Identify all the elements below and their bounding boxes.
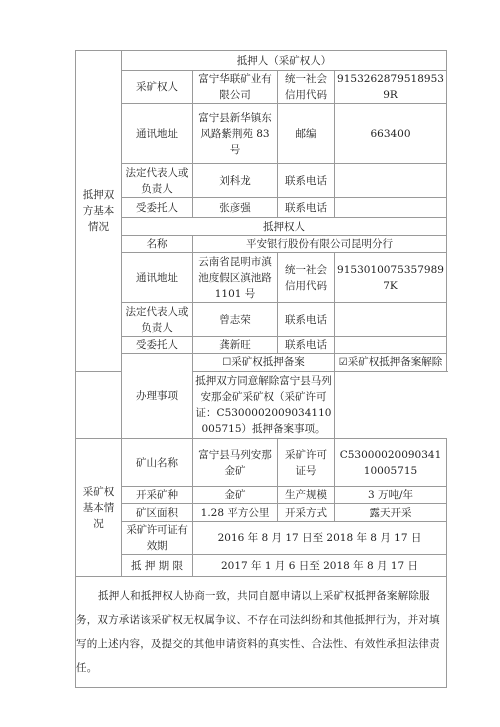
mortgagor-header: 抵押人（采矿权人） xyxy=(122,51,447,71)
area-label: 矿区面积 xyxy=(122,504,193,522)
statement-text: 抵押人和抵押权人协商一致，共同自愿申请以上采矿权抵押备案解除服务，双方承诺该采矿… xyxy=(76,584,446,680)
mortgagor-agent-label: 受委托人 xyxy=(122,198,193,218)
mortgagee-phone-value xyxy=(335,303,447,337)
mortgagor-agent-value: 张彦强 xyxy=(193,198,278,218)
mortgagee-address-label: 通讯地址 xyxy=(122,253,193,303)
mine-name-value: 富宁县马列安那金矿 xyxy=(193,439,278,487)
holder-label: 采矿权人 xyxy=(122,71,193,104)
mortgagor-address-value: 富宁县新华镇东风路紫荆苑 83 号 xyxy=(193,104,278,164)
mortgage-period-label: 抵 押 期 限 xyxy=(122,555,193,577)
option-filing[interactable]: ☐采矿权抵押备案 xyxy=(193,354,335,372)
filing-detail xyxy=(76,372,193,439)
mortgagee-name-value: 平安银行股份有限公司昆明分行 xyxy=(193,236,447,253)
option-release[interactable]: ☑采矿权抵押备案解除 xyxy=(335,354,447,372)
mortgagor-agent-phone-value xyxy=(335,198,447,218)
mineral-label: 开采矿种 xyxy=(122,487,193,504)
validity-label: 采矿许可证有效期 xyxy=(122,522,193,555)
mortgagor-credit-code-value: 91532628795189539R xyxy=(335,71,447,104)
mining-side-label: 采矿权基本情况 xyxy=(76,439,122,577)
statement-cell: 抵押人和抵押权人协商一致，共同自愿申请以上采矿权抵押备案解除服务，双方承诺该采矿… xyxy=(76,577,447,688)
postcode-value: 663400 xyxy=(335,104,447,164)
mortgagee-agent-label: 受委托人 xyxy=(122,337,193,354)
mortgagor-phone-value xyxy=(335,164,447,198)
mining-right-mortgage-form: 抵押双方基本情况 抵押人（采矿权人） 采矿权人 富宁华联矿业有限公司 统一社会信… xyxy=(75,50,446,688)
mortgagor-phone-label: 联系电话 xyxy=(278,164,335,198)
mortgagee-credit-code-label: 统一社会信用代码 xyxy=(278,253,335,303)
mortgagee-credit-code-value: 91530100753579897K xyxy=(335,253,447,303)
method-value: 露天开采 xyxy=(335,504,447,522)
mortgagee-address-value: 云南省昆明市滇池度假区滇池路 1101 号 xyxy=(193,253,278,303)
mineral-value: 金矿 xyxy=(193,487,278,504)
form-table: 抵押双方基本情况 抵押人（采矿权人） 采矿权人 富宁华联矿业有限公司 统一社会信… xyxy=(75,50,447,688)
mortgagee-header: 抵押权人 xyxy=(122,218,447,236)
mortgagee-legal-rep-label: 法定代表人或负责人 xyxy=(122,303,193,337)
mortgagor-legal-rep-label: 法定代表人或负责人 xyxy=(122,164,193,198)
mortgagee-phone-label: 联系电话 xyxy=(278,303,335,337)
checkbox-checked-icon[interactable]: ☑ xyxy=(339,355,348,371)
mortgagee-legal-rep-value: 曾志荣 xyxy=(193,303,278,337)
mortgagor-legal-rep-value: 刘科龙 xyxy=(193,164,278,198)
mortgagee-name-label: 名称 xyxy=(122,236,193,253)
method-label: 开采方式 xyxy=(278,504,335,522)
area-value: 1.28 平方公里 xyxy=(193,504,278,522)
mine-name-label: 矿山名称 xyxy=(122,439,193,487)
mortgage-period-value: 2017 年 1 月 6 日至 2018 年 8 月 17 日 xyxy=(193,555,447,577)
scale-label: 生产规模 xyxy=(278,487,335,504)
checkbox-unchecked-icon[interactable]: ☐ xyxy=(222,355,231,371)
mortgagor-agent-phone-label: 联系电话 xyxy=(278,198,335,218)
validity-value: 2016 年 8 月 17 日至 2018 年 8 月 17 日 xyxy=(193,522,447,555)
option-filing-label: 采矿权抵押备案 xyxy=(231,356,305,368)
mortgagor-address-label: 通讯地址 xyxy=(122,104,193,164)
holder-value: 富宁华联矿业有限公司 xyxy=(193,71,278,104)
license-no-value: C5300002009034110005715 xyxy=(335,439,447,487)
postcode-label: 邮编 xyxy=(278,104,335,164)
parties-side-label: 抵押双方基本情况 xyxy=(76,51,122,372)
mortgagee-agent-phone-value xyxy=(335,337,447,354)
mortgagee-agent-value: 龚新旺 xyxy=(193,337,278,354)
scale-value: 3 万吨/年 xyxy=(335,487,447,504)
release-detail: 抵押双方同意解除富宁县马列安那金矿采矿权（采矿许可证：C530000200903… xyxy=(193,372,335,439)
mortgagor-credit-code-label: 统一社会信用代码 xyxy=(278,71,335,104)
license-no-label: 采矿许可证号 xyxy=(278,439,335,487)
option-release-label: 采矿权抵押备案解除 xyxy=(348,356,443,368)
mortgagee-agent-phone-label: 联系电话 xyxy=(278,337,335,354)
